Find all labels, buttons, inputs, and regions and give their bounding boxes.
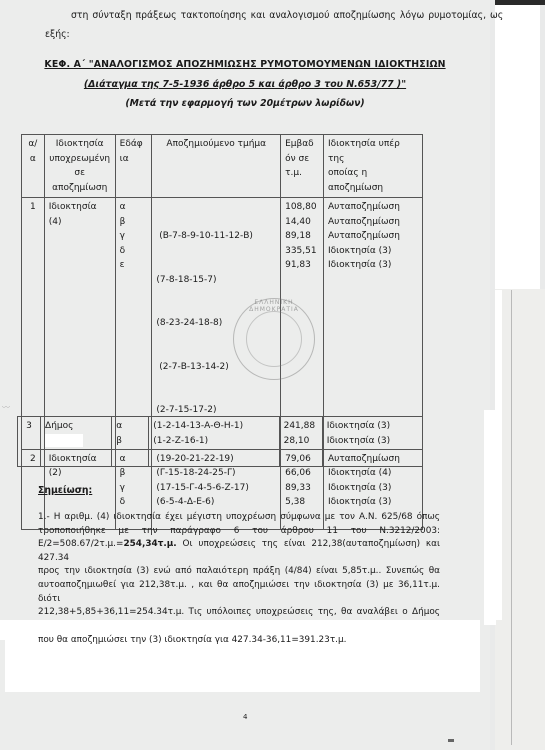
adjacent-page-strip <box>495 289 545 750</box>
stamp-inner-ring <box>246 311 302 367</box>
table-header-row: α/ α Ιδιοκτησία υποχρεωμένη σε αποζημίωσ… <box>22 135 423 198</box>
row-owner: Δήμος <box>41 417 112 467</box>
section-title: ΚΕΦ. Α΄ "ΑΝΑΛΟΓΙΣΜΟΣ ΑΠΟΖΗΜΙΩΣΗΣ ΡΥΜΟΤΟΜ… <box>0 59 490 70</box>
row-beneficiaries: Ιδιοκτησία (3) Ιδιοκτησία (3) <box>322 417 422 467</box>
blank-area <box>484 410 496 625</box>
row-owner: Ιδιοκτησία (4) <box>44 198 115 450</box>
section-subtitle: (Διάταγμα της 7-5-1936 άρθρο 5 και άρθρο… <box>0 79 490 90</box>
row-parcels: α β <box>112 417 149 467</box>
redacted-name <box>45 434 83 447</box>
row-areas: 241,88 28,10 <box>279 417 322 467</box>
row-parcels: α β γ δ ε <box>115 198 152 450</box>
page-number: 4 <box>243 713 247 721</box>
intro-paragraph: στη σύνταξη πράξεως τακτοποίησης και ανα… <box>45 6 445 44</box>
compensation-table: α/ α Ιδιοκτησία υποχρεωμένη σε αποζημίωσ… <box>21 134 423 530</box>
table-row: 1 Ιδιοκτησία (4) α β γ δ ε (Β-7-8-9-10-1… <box>22 198 423 450</box>
section-note: (Μετά την εφαρμογή των 20μέτρων λωρίδων) <box>0 98 490 109</box>
adjacent-page-strip <box>495 290 502 620</box>
header-section: Αποζημιούμενο τμήμα <box>152 135 281 198</box>
row-number: 3 <box>18 417 41 467</box>
intro-line: στη σύνταξη πράξεως τακτοποίησης και ανα… <box>45 6 445 25</box>
adjacent-page-strip <box>495 93 540 289</box>
note-paragraph: 1.- Η αριθμ. (4) ιδιοκτησία έχει μέγιστη… <box>38 511 440 647</box>
table-row: 3 Δήμος α β (1-2-14-13-Α-Θ-Η-1) (1-2-Ζ-1… <box>18 417 423 467</box>
note-title: Σημείωση: <box>38 485 92 496</box>
compensation-table-continued: 3 Δήμος α β (1-2-14-13-Α-Θ-Η-1) (1-2-Ζ-1… <box>17 416 423 467</box>
page-fold-line <box>511 290 512 745</box>
redacted-name <box>38 620 76 632</box>
row-sections: (1-2-14-13-Α-Θ-Η-1) (1-2-Ζ-16-1) <box>149 417 279 467</box>
header-parcel: Εδάφ ια <box>115 135 152 198</box>
mouse-cursor <box>448 739 454 742</box>
official-stamp: ΕΛΛΗΝΙΚΗ ΔΗΜΟΚΡΑΤΙΑ <box>233 298 315 380</box>
header-aa: α/ α <box>22 135 45 198</box>
header-beneficiary: Ιδιοκτησία υπέρ της οποίας η αποζημίωση <box>323 135 422 198</box>
row-number: 1 <box>22 198 45 450</box>
header-area: Εμβαδ όν σε τ.μ. <box>281 135 324 198</box>
header-owner: Ιδιοκτησία υποχρεωμένη σε αποζημίωση <box>44 135 115 198</box>
intro-line: εξής: <box>45 25 445 44</box>
scan-mark: 〰 <box>2 402 10 413</box>
row-beneficiaries: Αυταποζημίωση Αυταποζημίωση Αυταποζημίωσ… <box>323 198 422 450</box>
